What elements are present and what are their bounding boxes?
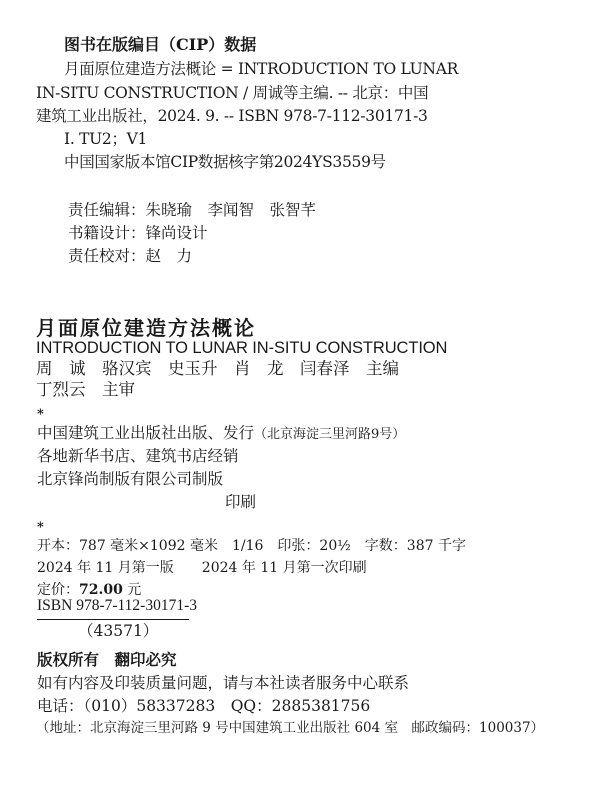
separator-star-2: *	[37, 521, 44, 534]
publisher: 中国建筑工业出版社出版、发行	[37, 424, 254, 442]
publisher-address: （北京海淀三里河路9号）	[254, 427, 405, 442]
staff-role: 书籍设计：	[68, 224, 146, 242]
price-label: 定价：	[37, 582, 79, 598]
staff-editors: 责任编辑：朱晓瑜 李闻智 张智芊	[68, 203, 316, 219]
copyright-notice: 版权所有 翻印必究	[37, 653, 177, 669]
staff-design: 书籍设计：锋尚设计	[68, 226, 208, 242]
staff-names: 赵 力	[146, 247, 193, 265]
plate-maker: 北京锋尚制版有限公司制版	[37, 472, 223, 488]
price-value: 72.00	[79, 582, 123, 598]
cip-line-2: IN-SITU CONSTRUCTION / 周诚等主编. -- 北京：中国	[36, 86, 428, 102]
book-title-en: INTRODUCTION TO LUNAR IN-SITU CONSTRUCTI…	[36, 340, 447, 357]
printer: 印刷	[225, 495, 256, 511]
staff-names: 锋尚设计	[146, 224, 208, 242]
price-line: 定价：72.00 元	[37, 583, 141, 597]
book-title-cn: 月面原位建造方法概论	[36, 318, 256, 338]
separator-star: *	[37, 408, 44, 421]
cip-line-3: 建筑工业出版社，2024. 9. -- ISBN 978-7-112-30171…	[36, 109, 428, 125]
distributor: 各地新华书店、建筑书店经销	[37, 449, 239, 465]
cip-line-5: 中国国家版本馆CIP数据核字第2024YS3559号	[64, 155, 386, 171]
publisher-line: 中国建筑工业出版社出版、发行（北京海淀三里河路9号）	[37, 426, 405, 442]
format-line: 开本：787 毫米×1092 毫米 1/16 印张：20½ 字数：387 千字	[37, 539, 466, 553]
isbn-underline	[37, 619, 189, 620]
staff-role: 责任编辑：	[68, 201, 146, 219]
staff-role: 责任校对：	[68, 247, 146, 265]
price-unit: 元	[123, 582, 141, 598]
book-editors: 周 诚 骆汉宾 史玉升 肖 龙 闫春泽 主编	[36, 361, 399, 378]
edition-line: 2024 年 11 月第一版 2024 年 11 月第一次印刷	[37, 561, 367, 575]
contact-note: 如有内容及印装质量问题，请与本社读者服务中心联系	[37, 676, 409, 692]
staff-proofreader: 责任校对：赵 力	[68, 249, 192, 265]
staff-names: 朱晓瑜 李闻智 张智芊	[146, 201, 317, 219]
isbn: ISBN 978-7-112-30171-3	[37, 598, 197, 614]
phone-line: 电话：（010）58337283 QQ：2885381756	[37, 699, 370, 715]
cip-line-1: 月面原位建造方法概论 = INTRODUCTION TO LUNAR	[64, 62, 458, 78]
address-line: （地址：北京海淀三里河路 9 号中国建筑工业出版社 604 室 邮政编码：100…	[36, 722, 544, 736]
book-reviewer: 丁烈云 主审	[36, 382, 135, 399]
book-code: （43571）	[78, 624, 158, 640]
cip-heading: 图书在版编目（CIP）数据	[64, 37, 256, 53]
cip-line-4: Ⅰ. TU2；V1	[64, 132, 147, 148]
